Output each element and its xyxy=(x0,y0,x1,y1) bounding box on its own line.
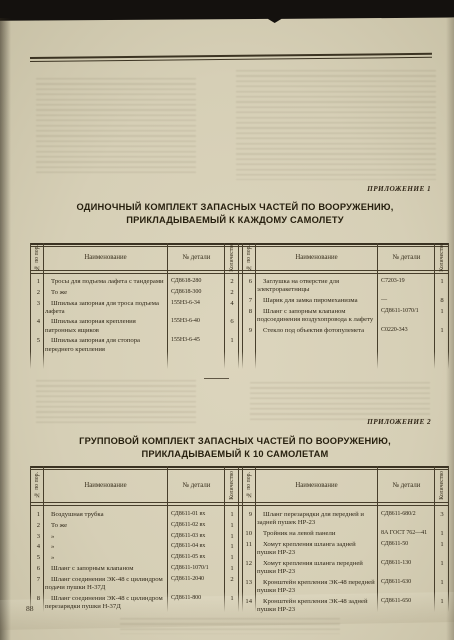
part-number: СД8618-300 xyxy=(168,289,225,297)
col-qty-header: Количество xyxy=(229,243,235,272)
part-name: Стекло под объектив фотопулемета xyxy=(255,327,378,335)
part-quantity: 8 xyxy=(435,297,449,305)
row-number: 13 xyxy=(242,579,255,595)
col-part-header: № детали xyxy=(378,243,435,272)
appendix1-title-line2: ПРИКЛАДЫВАЕМЫЙ К КАЖДОМУ САМОЛЕТУ xyxy=(30,214,440,227)
table-row: 11 Хомут крепления шланга задней пушки Н… xyxy=(242,541,449,557)
table-row: 4 » СД8611-04 вх 1 xyxy=(30,543,239,551)
row-number: 6 xyxy=(30,565,43,573)
part-number: СД8611-1070/1 xyxy=(168,565,225,573)
part-name: Шпилька запорная для стопора переднего к… xyxy=(43,337,168,353)
part-number: СД8611-05 вх xyxy=(168,554,225,562)
part-number: С0220-343 xyxy=(378,327,435,335)
part-number: СД8611-130 xyxy=(378,560,435,576)
row-number: 9 xyxy=(242,327,255,335)
part-number: 155Н3-6-45 xyxy=(168,337,225,353)
part-number: СД8611-1070/1 xyxy=(378,308,435,324)
part-number: 155Н3-6-40 xyxy=(168,318,225,334)
appendix1-table: № по пор. Наименование № детали Количест… xyxy=(30,243,449,371)
table-header: № по пор. Наименование № детали Количест… xyxy=(30,243,239,272)
part-number: СД8611-680/2 xyxy=(378,511,435,527)
part-name: Шарик для замка пиромеханизма xyxy=(255,297,378,305)
part-quantity: 1 xyxy=(225,533,239,541)
part-number: — xyxy=(378,297,435,305)
part-number: СД8618-280 xyxy=(168,278,225,286)
part-name: Воздушная трубка xyxy=(43,511,168,519)
table-right-half: № по пор. Наименование № детали Количест… xyxy=(242,243,449,356)
part-number: 155Н3-6-34 xyxy=(168,300,225,316)
appendix2-title: ГРУППОВОЙ КОМПЛЕКТ ЗАПАСНЫХ ЧАСТЕЙ ПО ВО… xyxy=(30,435,440,462)
part-name: То же xyxy=(43,289,168,297)
part-number: 8А ГОСТ 762—41 xyxy=(378,530,435,538)
row-number: 5 xyxy=(30,337,43,353)
part-quantity: 1 xyxy=(435,308,449,324)
section-divider xyxy=(204,378,229,379)
part-name: То же xyxy=(43,522,168,530)
table-row: 2 То же СД8611-02 вх 1 xyxy=(30,522,239,530)
table-right-half: № по пор. Наименование № детали Количест… xyxy=(242,466,449,616)
table-header: № по пор. Наименование № детали Количест… xyxy=(242,243,449,272)
col-num-header: № по пор. xyxy=(34,245,40,270)
table-header: № по пор. Наименование № детали Количест… xyxy=(30,466,239,504)
table-row: 6 Заглушка на отверстие для электроракет… xyxy=(242,278,449,294)
part-quantity: 1 xyxy=(435,560,449,576)
part-quantity: 1 xyxy=(225,511,239,519)
col-qty-header: Количество xyxy=(229,471,235,500)
row-number: 2 xyxy=(30,289,43,297)
show-through-text xyxy=(36,78,196,174)
part-quantity: 2 xyxy=(225,289,239,297)
row-number: 3 xyxy=(30,533,43,541)
row-number: 1 xyxy=(30,278,43,286)
table-row: 9 Шланг перезарядки для передней и задне… xyxy=(242,511,449,527)
row-number: 2 xyxy=(30,522,43,530)
part-quantity: 1 xyxy=(435,579,449,595)
show-through-text xyxy=(250,382,430,422)
row-number: 10 xyxy=(242,530,255,538)
part-quantity: 2 xyxy=(225,576,239,592)
part-name: Шланг с запорным клапаном подсоединения … xyxy=(255,308,378,324)
part-name: Шпилька запорная для троса подъема лафет… xyxy=(43,300,168,316)
row-number: 8 xyxy=(242,308,255,324)
part-name: Шланг перезарядки для передней и задней … xyxy=(255,511,378,527)
part-quantity: 1 xyxy=(435,327,449,335)
table-row: 6 Шланг с запорным клапаном СД8611-1070/… xyxy=(30,565,239,573)
col-num-header: № по пор. xyxy=(34,472,40,497)
part-number: СД8611-800 xyxy=(168,595,225,611)
part-name: Шланг соединения ЭК-48 с цилиндром перез… xyxy=(43,595,168,611)
part-name: Кронштейн крепления ЭК-48 задней пушки Н… xyxy=(255,598,378,614)
appendix1-title: ОДИНОЧНЫЙ КОМПЛЕКТ ЗАПАСНЫХ ЧАСТЕЙ ПО ВО… xyxy=(30,201,440,228)
row-number: 4 xyxy=(30,543,43,551)
part-quantity: 1 xyxy=(225,337,239,353)
part-quantity: 1 xyxy=(225,595,239,611)
row-number: 3 xyxy=(30,300,43,316)
part-name: Заглушка на отверстие для электроракетни… xyxy=(255,278,378,294)
appendix2-title-line2: ПРИКЛАДЫВАЕМЫЙ К 10 САМОЛЕТАМ xyxy=(30,448,440,461)
row-number: 11 xyxy=(242,541,255,557)
col-part-header: № детали xyxy=(168,466,225,504)
table-row: 12 Хомут крепления шланга передней пушки… xyxy=(242,560,449,576)
row-number: 12 xyxy=(242,560,255,576)
part-quantity: 1 xyxy=(435,278,449,294)
part-quantity: 1 xyxy=(225,554,239,562)
page-number: 88 xyxy=(26,604,34,613)
row-number: 9 xyxy=(242,511,255,527)
row-number: 7 xyxy=(242,297,255,305)
col-name-header: Наименование xyxy=(43,243,168,272)
table-row: 1 Воздушная трубка СД8611-01 вх 1 xyxy=(30,511,239,519)
table-row: 5 Шпилька запорная для стопора переднего… xyxy=(30,337,239,353)
table-row: 7 Шарик для замка пиромеханизма — 8 xyxy=(242,297,449,305)
part-number: СД8611-630 xyxy=(378,579,435,595)
part-quantity: 1 xyxy=(225,543,239,551)
part-number: С7203-19 xyxy=(378,278,435,294)
scanned-page: ПРИЛОЖЕНИЕ 1 ОДИНОЧНЫЙ КОМПЛЕКТ ЗАПАСНЫХ… xyxy=(0,0,454,640)
table-row: 13 Кронштейн крепления ЭК-48 передней пу… xyxy=(242,579,449,595)
appendix2-table: № по пор. Наименование № детали Количест… xyxy=(30,466,449,616)
part-name: Шланг соединения ЭК-48 с цилиндром подач… xyxy=(43,576,168,592)
col-name-header: Наименование xyxy=(255,243,378,272)
part-quantity: 1 xyxy=(225,565,239,573)
col-qty-header: Количество xyxy=(439,243,445,272)
row-number: 5 xyxy=(30,554,43,562)
table-row: 14 Кронштейн крепления ЭК-48 задней пушк… xyxy=(242,598,449,614)
col-num-header: № по пор. xyxy=(246,472,252,497)
col-num-header: № по пор. xyxy=(246,245,252,270)
part-quantity: 3 xyxy=(435,511,449,527)
part-quantity: 1 xyxy=(435,530,449,538)
part-name: Тросы для подъема лафета с тандерами xyxy=(43,278,168,286)
part-number: СД8611-04 вх xyxy=(168,543,225,551)
part-number: СД8611-2040 xyxy=(168,576,225,592)
part-quantity: 1 xyxy=(435,598,449,614)
appendix2-title-line1: ГРУППОВОЙ КОМПЛЕКТ ЗАПАСНЫХ ЧАСТЕЙ ПО ВО… xyxy=(30,435,440,448)
table-row: 5 » СД8611-05 вх 1 xyxy=(30,554,239,562)
part-name: Шпилька запорная крепления патронных ящи… xyxy=(43,318,168,334)
col-part-header: № детали xyxy=(168,243,225,272)
table-row: 10 Тройник на левой панели 8А ГОСТ 762—4… xyxy=(242,530,449,538)
part-name: Кронштейн крепления ЭК-48 передней пушки… xyxy=(255,579,378,595)
table-row: 3 » СД8611-03 вх 1 xyxy=(30,533,239,541)
table-row: 8 Шланг соединения ЭК-48 с цилиндром пер… xyxy=(30,595,239,611)
part-name: Шланг с запорным клапаном xyxy=(43,565,168,573)
table-row: 3 Шпилька запорная для троса подъема лаф… xyxy=(30,300,239,316)
table-left-half: № по пор. Наименование № детали Количест… xyxy=(30,466,239,616)
appendix1-title-line1: ОДИНОЧНЫЙ КОМПЛЕКТ ЗАПАСНЫХ ЧАСТЕЙ ПО ВО… xyxy=(30,201,440,214)
show-through-text xyxy=(36,380,196,426)
col-name-header: Наименование xyxy=(255,466,378,504)
part-name: Тройник на левой панели xyxy=(255,530,378,538)
part-number: СД8611-650 xyxy=(378,598,435,614)
table-row: 9 Стекло под объектив фотопулемета С0220… xyxy=(242,327,449,335)
part-name: Хомут крепления шланга задней пушки НР-2… xyxy=(255,541,378,557)
binding-shadow xyxy=(0,18,11,640)
table-row: 2 То же СД8618-300 2 xyxy=(30,289,239,297)
appendix1-label: ПРИЛОЖЕНИЕ 1 xyxy=(367,184,431,193)
row-number: 1 xyxy=(30,511,43,519)
ditto-mark: » xyxy=(43,554,168,562)
appendix2-label: ПРИЛОЖЕНИЕ 2 xyxy=(367,417,431,426)
table-header: № по пор. Наименование № детали Количест… xyxy=(242,466,449,504)
part-name: Хомут крепления шланга передней пушки НР… xyxy=(255,560,378,576)
table-left-half: № по пор. Наименование № детали Количест… xyxy=(30,243,239,356)
row-number: 4 xyxy=(30,318,43,334)
part-quantity: 4 xyxy=(225,300,239,316)
part-number: СД8611-01 вх xyxy=(168,511,225,519)
table-row: 7 Шланг соединения ЭК-48 с цилиндром под… xyxy=(30,576,239,592)
table-row: 1 Тросы для подъема лафета с тандерами С… xyxy=(30,278,239,286)
ditto-mark: » xyxy=(43,543,168,551)
part-quantity: 6 xyxy=(225,318,239,334)
part-number: СД8611-02 вх xyxy=(168,522,225,530)
table-row: 4 Шпилька запорная крепления патронных я… xyxy=(30,318,239,334)
ditto-mark: » xyxy=(43,533,168,541)
part-number: СД8611-50 xyxy=(378,541,435,557)
part-number: СД8611-03 вх xyxy=(168,533,225,541)
row-number: 14 xyxy=(242,598,255,614)
show-through-text xyxy=(236,70,436,180)
row-number: 6 xyxy=(242,278,255,294)
col-name-header: Наименование xyxy=(43,466,168,504)
part-quantity: 2 xyxy=(225,278,239,286)
col-qty-header: Количество xyxy=(439,471,445,500)
part-quantity: 1 xyxy=(435,541,449,557)
show-through-text xyxy=(120,618,340,634)
part-quantity: 1 xyxy=(225,522,239,530)
row-number: 7 xyxy=(30,576,43,592)
table-row: 8 Шланг с запорным клапаном подсоединени… xyxy=(242,308,449,324)
col-part-header: № детали xyxy=(378,466,435,504)
